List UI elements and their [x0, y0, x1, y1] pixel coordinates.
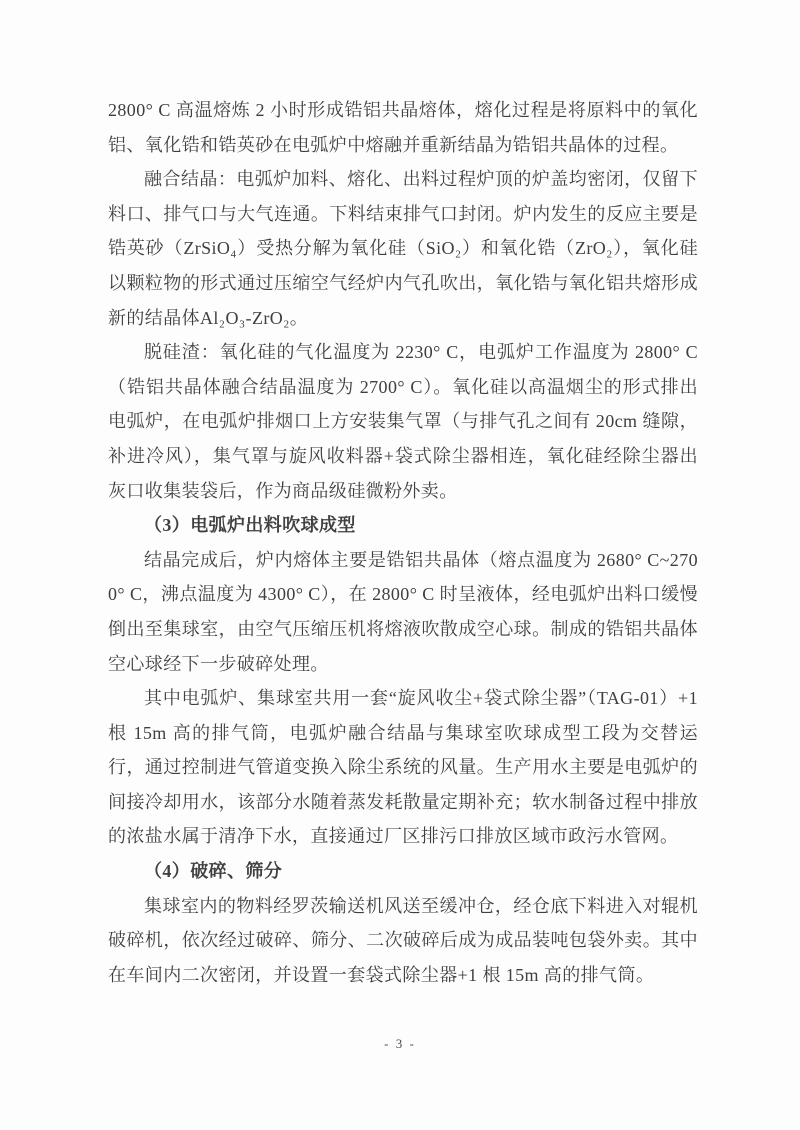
- document-page: 2800° C 高温熔炼 2 小时形成锆铝共晶熔体，熔化过程是将原料中的氧化铝、…: [0, 0, 800, 1130]
- paragraph: 脱硅渣：氧化硅的气化温度为 2230° C，电弧炉工作温度为 2800° C（锆…: [108, 335, 698, 508]
- paragraph: 融合结晶：电弧炉加料、熔化、出料过程炉顶的炉盖均密闭，仅留下料口、排气口与大气连…: [108, 162, 698, 335]
- paragraph: 集球室内的物料经罗茨输送机风送至缓冲仓，经仓底下料进入对辊机破碎机，依次经过破碎…: [108, 889, 698, 993]
- section-heading: （4）破碎、筛分: [108, 854, 698, 889]
- document-body: 2800° C 高温熔炼 2 小时形成锆铝共晶熔体，熔化过程是将原料中的氧化铝、…: [108, 93, 698, 992]
- section-heading: （3）电弧炉出料吹球成型: [108, 508, 698, 543]
- paragraph: 结晶完成后，炉内熔体主要是锆铝共晶体（熔点温度为 2680° C~2700° C…: [108, 543, 698, 681]
- paragraph: 其中电弧炉、集球室共用一套“旋风收尘+袋式除尘器”（TAG-01）+1 根 15…: [108, 681, 698, 854]
- page-number: - 3 -: [0, 1036, 800, 1052]
- paragraph: 2800° C 高温熔炼 2 小时形成锆铝共晶熔体，熔化过程是将原料中的氧化铝、…: [108, 93, 698, 162]
